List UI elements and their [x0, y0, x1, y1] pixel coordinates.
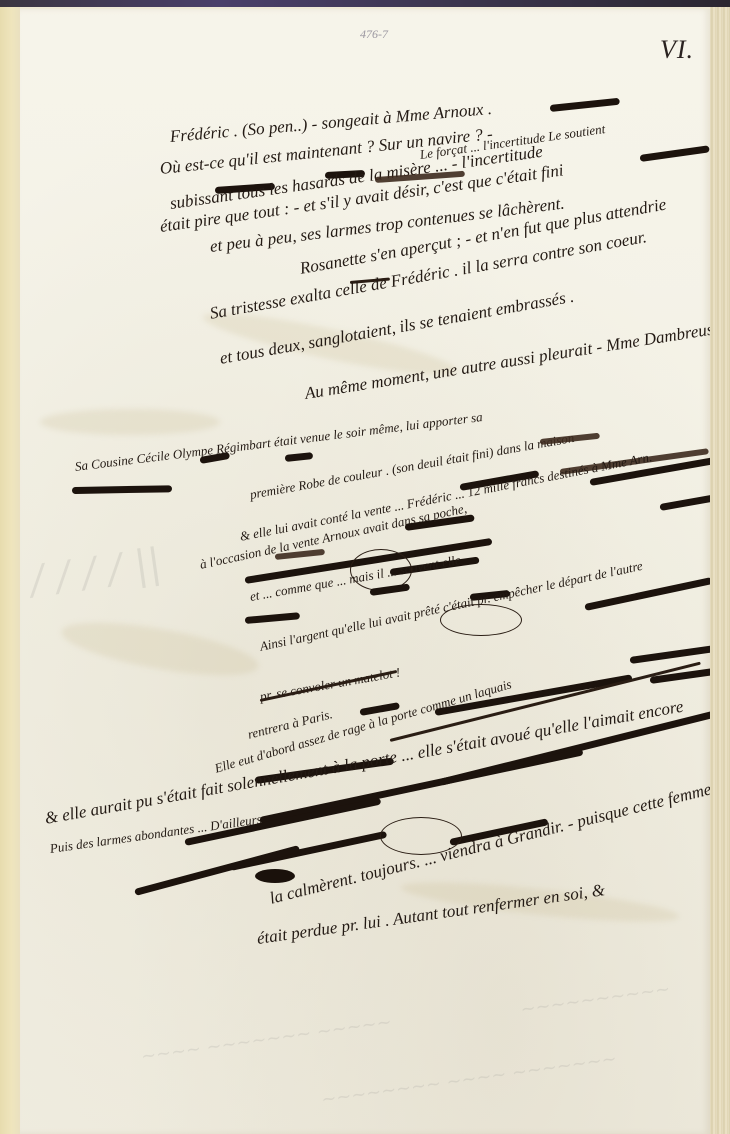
manuscript-page: / / / / || ~~~~ ~~~~~~~ ~~~~~ ~~~~~~~~ ~…	[20, 9, 710, 1134]
bleed-through-text: ~~~~~~~~ ~~~~ ~~~~~~~	[320, 1048, 618, 1110]
bleed-through-mark: / / / / ||	[27, 540, 164, 604]
left-page-edge	[0, 7, 20, 1134]
bleed-through-text: ~~~~ ~~~~~~~ ~~~~~	[140, 1012, 393, 1068]
strikethrough-mark	[72, 485, 172, 494]
strikethrough-mark	[550, 98, 620, 112]
right-page-edges	[710, 7, 730, 1134]
manuscript-scan: / / / / || ~~~~ ~~~~~~~ ~~~~~ ~~~~~~~~ ~…	[0, 0, 730, 1134]
chapter-marker: VI.	[660, 35, 694, 65]
strikethrough-mark	[640, 145, 710, 162]
strikethrough-mark	[630, 645, 720, 664]
strikethrough-mark	[245, 612, 300, 624]
binding-edge	[0, 0, 730, 7]
bleed-through-text: ~~~~~~~~~~	[519, 979, 671, 1021]
folio-number: 476-7	[360, 27, 388, 42]
ink-blot	[255, 869, 295, 883]
paper-stain	[58, 612, 262, 686]
strikethrough-mark	[285, 452, 314, 462]
paper-stain	[40, 409, 220, 435]
